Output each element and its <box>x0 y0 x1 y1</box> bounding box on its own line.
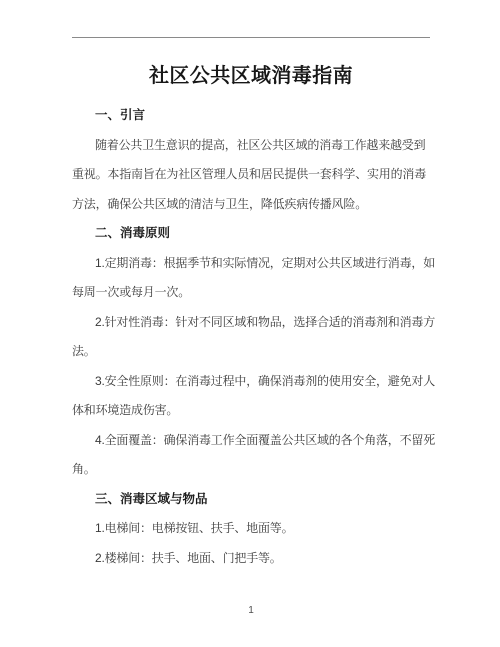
section-heading: 一、引言 <box>72 101 430 131</box>
paragraph-line: 2.针对性消毒：针对不同区域和物品，选择合适的消毒剂和消毒方 <box>72 308 430 338</box>
paragraph-line: 角。 <box>72 455 430 485</box>
paragraph-line: 方法，确保公共区域的清洁与卫生，降低疾病传播风险。 <box>72 190 430 220</box>
paragraph-line: 法。 <box>72 337 430 367</box>
paragraph-line: 2.楼梯间：扶手、地面、门把手等。 <box>72 544 430 574</box>
paragraph-line: 3.安全性原则：在消毒过程中，确保消毒剂的使用安全，避免对人 <box>72 367 430 397</box>
paragraph-line: 1.定期消毒：根据季节和实际情况，定期对公共区域进行消毒，如 <box>72 249 430 279</box>
page-number: 1 <box>72 604 430 618</box>
paragraph-line: 4.全面覆盖：确保消毒工作全面覆盖公共区域的各个角落，不留死 <box>72 426 430 456</box>
paragraph-line: 重视。本指南旨在为社区管理人员和居民提供一套科学、实用的消毒 <box>72 160 430 190</box>
page-content: 社区公共区域消毒指南 一、引言随着公共卫生意识的提高，社区公共区域的消毒工作越来… <box>72 0 430 647</box>
section-heading: 二、消毒原则 <box>72 219 430 249</box>
paragraph-line: 每周一次或每月一次。 <box>72 278 430 308</box>
document-body: 一、引言随着公共卫生意识的提高，社区公共区域的消毒工作越来越受到重视。本指南旨在… <box>72 101 430 573</box>
document-page: { "page": { "title": "社区公共区域消毒指南", "page… <box>0 0 500 647</box>
paragraph-line: 1.电梯间：电梯按钮、扶手、地面等。 <box>72 514 430 544</box>
section-heading: 三、消毒区域与物品 <box>72 485 430 515</box>
document-title: 社区公共区域消毒指南 <box>72 63 430 89</box>
paragraph-line: 体和环境造成伤害。 <box>72 396 430 426</box>
paragraph-line: 随着公共卫生意识的提高，社区公共区域的消毒工作越来越受到 <box>72 131 430 161</box>
